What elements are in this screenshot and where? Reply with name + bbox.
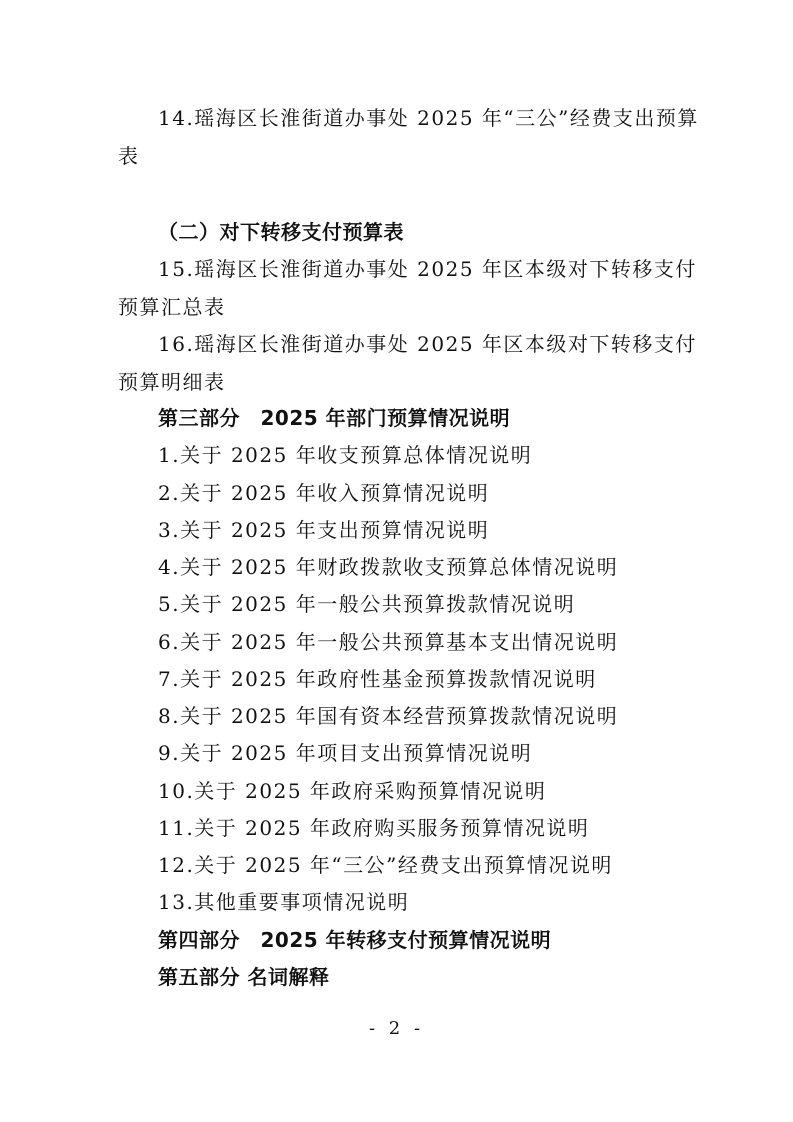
toc-part3-item: 12.关于 2025 年“三公”经费支出预算情况说明 <box>158 853 613 877</box>
toc-part3-item: 1.关于 2025 年收支预算总体情况说明 <box>158 443 532 467</box>
toc-item-14-line1: 14.瑶海区长淮街道办事处 2025 年“三公”经费支出预算 <box>158 106 699 130</box>
toc-part3-item: 3.关于 2025 年支出预算情况说明 <box>158 518 489 542</box>
toc-part3-item: 2.关于 2025 年收入预算情况说明 <box>158 481 489 505</box>
part4-heading: 第四部分 2025 年转移支付预算情况说明 <box>158 928 551 952</box>
toc-item-14-line2: 表 <box>118 144 140 168</box>
toc-part3-item: 4.关于 2025 年财政拨款收支预算总体情况说明 <box>158 555 618 579</box>
toc-part3-item: 11.关于 2025 年政府购买服务预算情况说明 <box>158 816 589 840</box>
toc-part3-item: 10.关于 2025 年政府采购预算情况说明 <box>158 779 546 803</box>
page-number: - 2 - <box>0 1018 793 1040</box>
toc-item-16-line1: 16.瑶海区长淮街道办事处 2025 年区本级对下转移支付 <box>158 332 697 356</box>
toc-item-16-line2: 预算明细表 <box>118 370 226 394</box>
part3-heading: 第三部分 2025 年部门预算情况说明 <box>158 406 510 430</box>
toc-part3-item: 5.关于 2025 年一般公共预算拨款情况说明 <box>158 592 575 616</box>
part5-heading: 第五部分 名词解释 <box>158 965 329 989</box>
toc-part3-item: 13.其他重要事项情况说明 <box>158 890 409 914</box>
toc-part3-item: 8.关于 2025 年国有资本经营预算拨款情况说明 <box>158 704 618 728</box>
toc-part3-item: 9.关于 2025 年项目支出预算情况说明 <box>158 741 532 765</box>
subheading-transfer-tables: （二）对下转移支付预算表 <box>158 220 404 244</box>
toc-part3-item: 7.关于 2025 年政府性基金预算拨款情况说明 <box>158 667 597 691</box>
toc-item-15-line1: 15.瑶海区长淮街道办事处 2025 年区本级对下转移支付 <box>158 257 697 281</box>
toc-part3-item: 6.关于 2025 年一般公共预算基本支出情况说明 <box>158 630 618 654</box>
toc-item-15-line2: 预算汇总表 <box>118 295 226 319</box>
